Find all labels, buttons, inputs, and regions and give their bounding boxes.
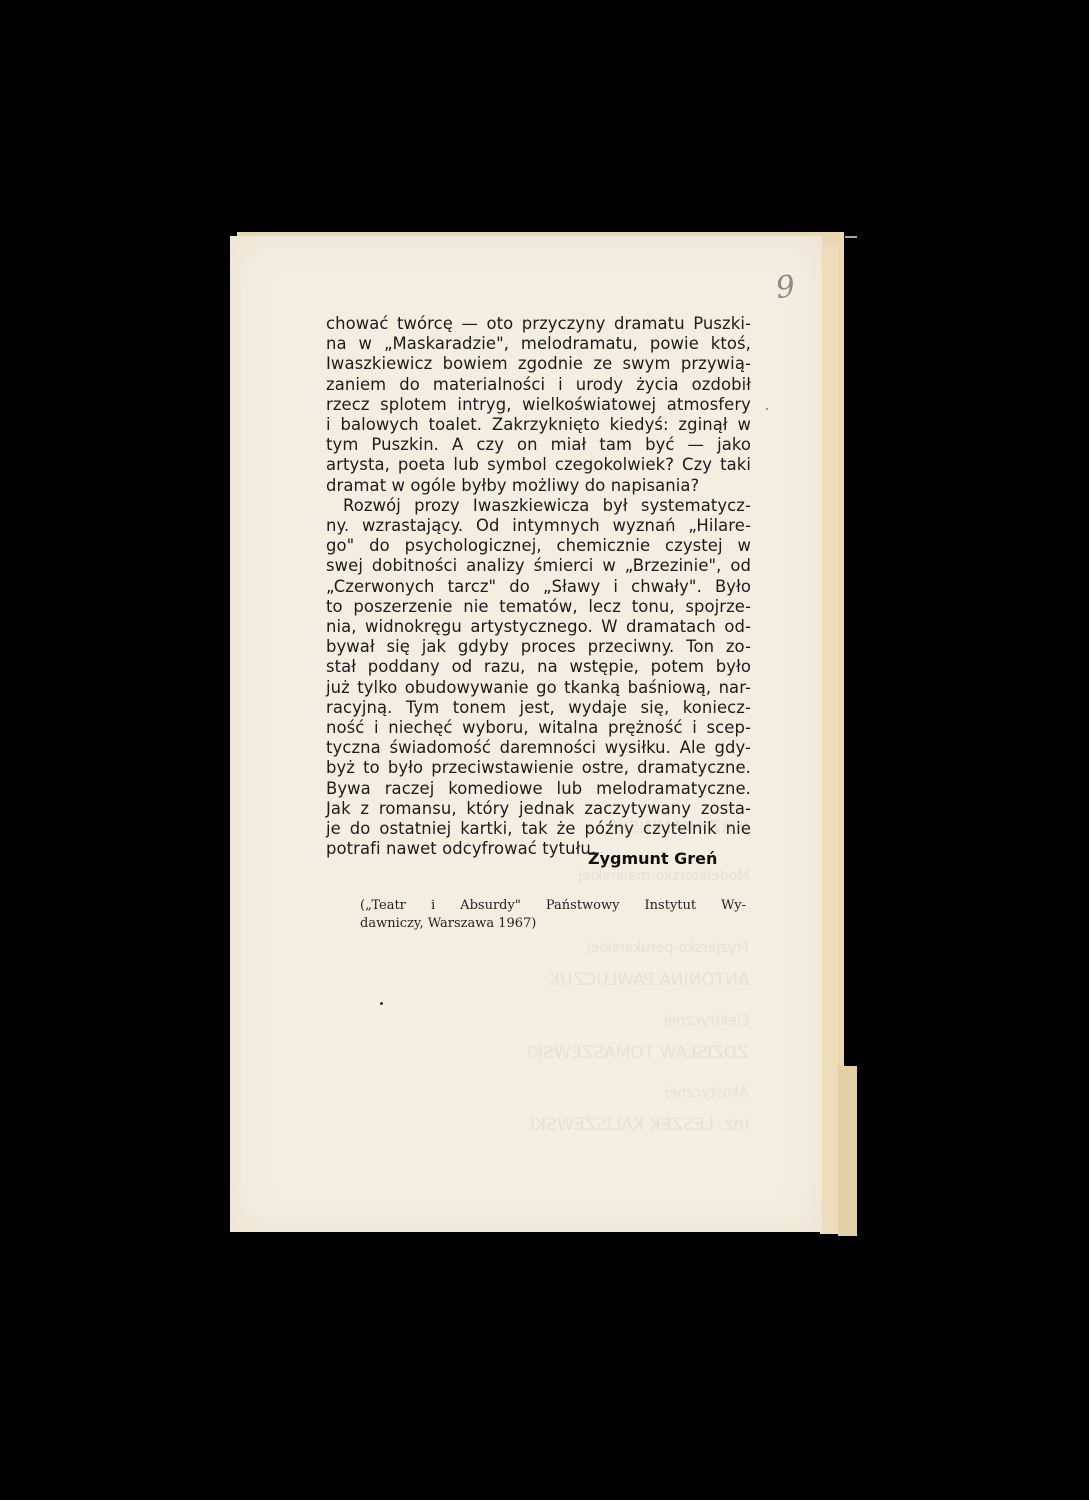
text-line: zaniem do materialności i urody życia oz… — [326, 375, 751, 395]
text-line: to poszerzenie nie tematów, lecz tonu, s… — [326, 597, 751, 617]
text-line: chować twórcę — oto przyczyny dramatu Pu… — [326, 314, 751, 334]
text-line: artysta, poeta lub symbol czegokolwiek? … — [326, 455, 751, 475]
text-line: rzecz splotem intryg, wielkoświatowej at… — [326, 395, 751, 415]
paragraph-1: chować twórcę — oto przyczyny dramatu Pu… — [326, 314, 751, 496]
text-line: „Czerwonych tarcz" do „Sławy i chwały". … — [326, 577, 751, 597]
text-line: bywał się jak gdyby proces przeciwny. To… — [326, 637, 751, 657]
text-line: go" do psychologicznej, chemicznie czyst… — [326, 536, 751, 556]
citation-line: dawniczy, Warszawa 1967) — [360, 915, 746, 933]
bleed-through-line: ZDZISŁAW TOMASZEWSKI — [527, 1043, 749, 1063]
ink-speck — [766, 408, 768, 410]
text-line: tym Puszkin. A czy on miał tam być — jak… — [326, 435, 751, 455]
bleed-through-line: inż. LESZEK KALISZEWSKI — [530, 1115, 749, 1135]
text-line: nia, widnokręgu artystycznego. W dramata… — [326, 617, 751, 637]
text-line: ny. wzrastający. Od intymnych wyznań „Hi… — [326, 516, 751, 536]
bleed-through-line: Akustycznej — [665, 1085, 749, 1101]
text-line: swej dobitności analizy śmierci w „Brzez… — [326, 556, 751, 576]
lower-back-sheet — [838, 1066, 857, 1236]
bleed-through-line: Elektrycznej — [664, 1013, 749, 1029]
source-citation: („Teatr i Absurdy" Państwowy Instytut Wy… — [360, 897, 746, 933]
text-line: Bywa raczej komediowe lub melodramatyczn… — [326, 779, 751, 799]
middle-sheet-edge — [820, 244, 838, 1234]
bleed-through-line: ANTONINA PAWLUCZUK — [549, 970, 749, 990]
text-line: Iwaszkiewicz bowiem zgodnie ze swym przy… — [326, 354, 751, 374]
bleed-through-line: Modelatorsko-malarskiej — [578, 868, 749, 884]
text-line: stał poddany od razu, na wstępie, potem … — [326, 657, 751, 677]
text-line: już tylko obudowywanie go tkanką baśniow… — [326, 678, 751, 698]
paragraph-2: Rozwój prozy Iwaszkiewicza był systematy… — [326, 496, 751, 860]
text-line: racyjną. Tym tonem jest, wydaje się, kon… — [326, 698, 751, 718]
text-line: Jak z romansu, który jednak zaczytywany … — [326, 799, 751, 819]
text-line: na w „Maskaradzie", melodramatu, powie k… — [326, 334, 751, 354]
ink-speck — [380, 1002, 383, 1005]
bleed-through-line: Fryzjersko-perukarskiej — [587, 940, 749, 956]
text-line: Rozwój prozy Iwaszkiewicza był systematy… — [326, 496, 751, 516]
text-line: tyczna świadomość daremności wysiłku. Al… — [326, 738, 751, 758]
text-line: ność i niechęć wyboru, witalna prężność … — [326, 718, 751, 738]
article-body: chować twórcę — oto przyczyny dramatu Pu… — [326, 314, 751, 859]
text-line: byż to było przeciwstawienie ostre, dram… — [326, 758, 751, 778]
text-line: dramat w ogóle byłby możliwy do napisani… — [326, 476, 751, 496]
staple-mark — [845, 236, 857, 238]
author-signature: Zygmunt Greń — [588, 849, 717, 868]
text-line: je do ostatniej kartki, tak że późny czy… — [326, 819, 751, 839]
citation-line: („Teatr i Absurdy" Państwowy Instytut Wy… — [360, 897, 746, 915]
text-line: i balowych toalet. Zakrzyknięto kiedyś: … — [326, 415, 751, 435]
